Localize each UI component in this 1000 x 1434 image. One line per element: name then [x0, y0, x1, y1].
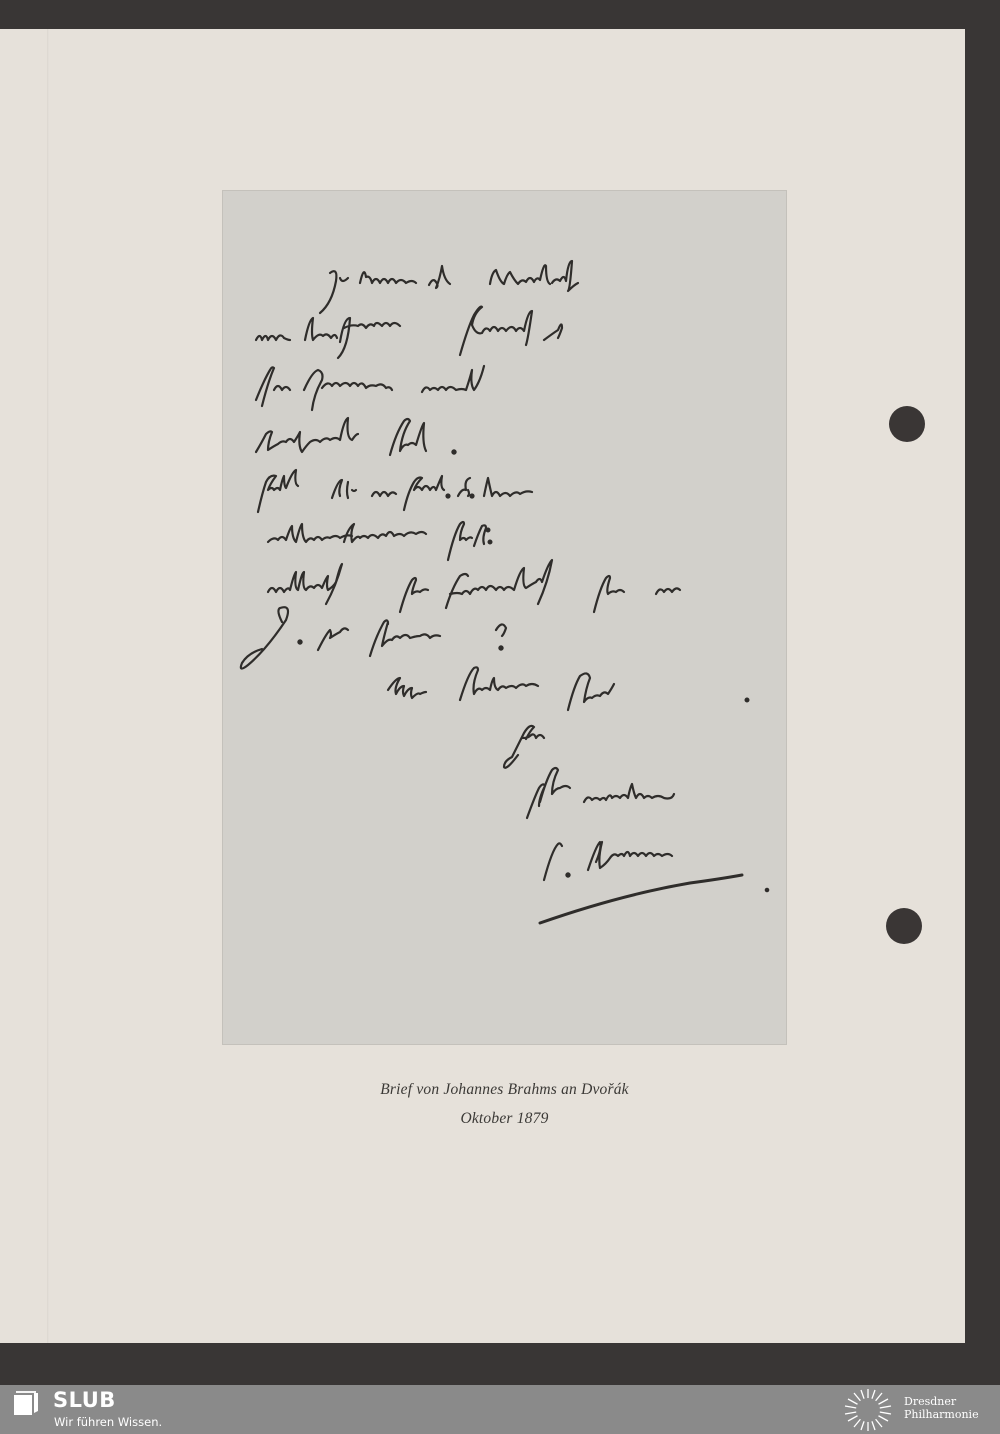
fold-line — [47, 29, 49, 1343]
dresdner-philharmonie-wordmark: Dresdner Philharmonie — [904, 1395, 979, 1421]
document-page: Brief von Johannes Brahms an Dvořák Okto… — [0, 29, 965, 1343]
punch-hole-top — [889, 406, 925, 442]
book-pages-icon — [12, 1391, 40, 1417]
viewer-footer: SLUB Wir führen Wissen. Dresdner Philhar… — [0, 1385, 1000, 1434]
letter-facsimile — [222, 190, 787, 1045]
punch-hole-bottom — [886, 908, 922, 944]
handwriting-strokes — [222, 190, 787, 1045]
slub-tagline: Wir führen Wissen. — [54, 1415, 162, 1429]
caption-title: Brief von Johannes Brahms an Dvořák — [222, 1081, 787, 1099]
caption-date: Oktober 1879 — [222, 1110, 787, 1128]
slub-wordmark: SLUB — [53, 1388, 116, 1412]
sunburst-ring-icon — [842, 1389, 894, 1431]
